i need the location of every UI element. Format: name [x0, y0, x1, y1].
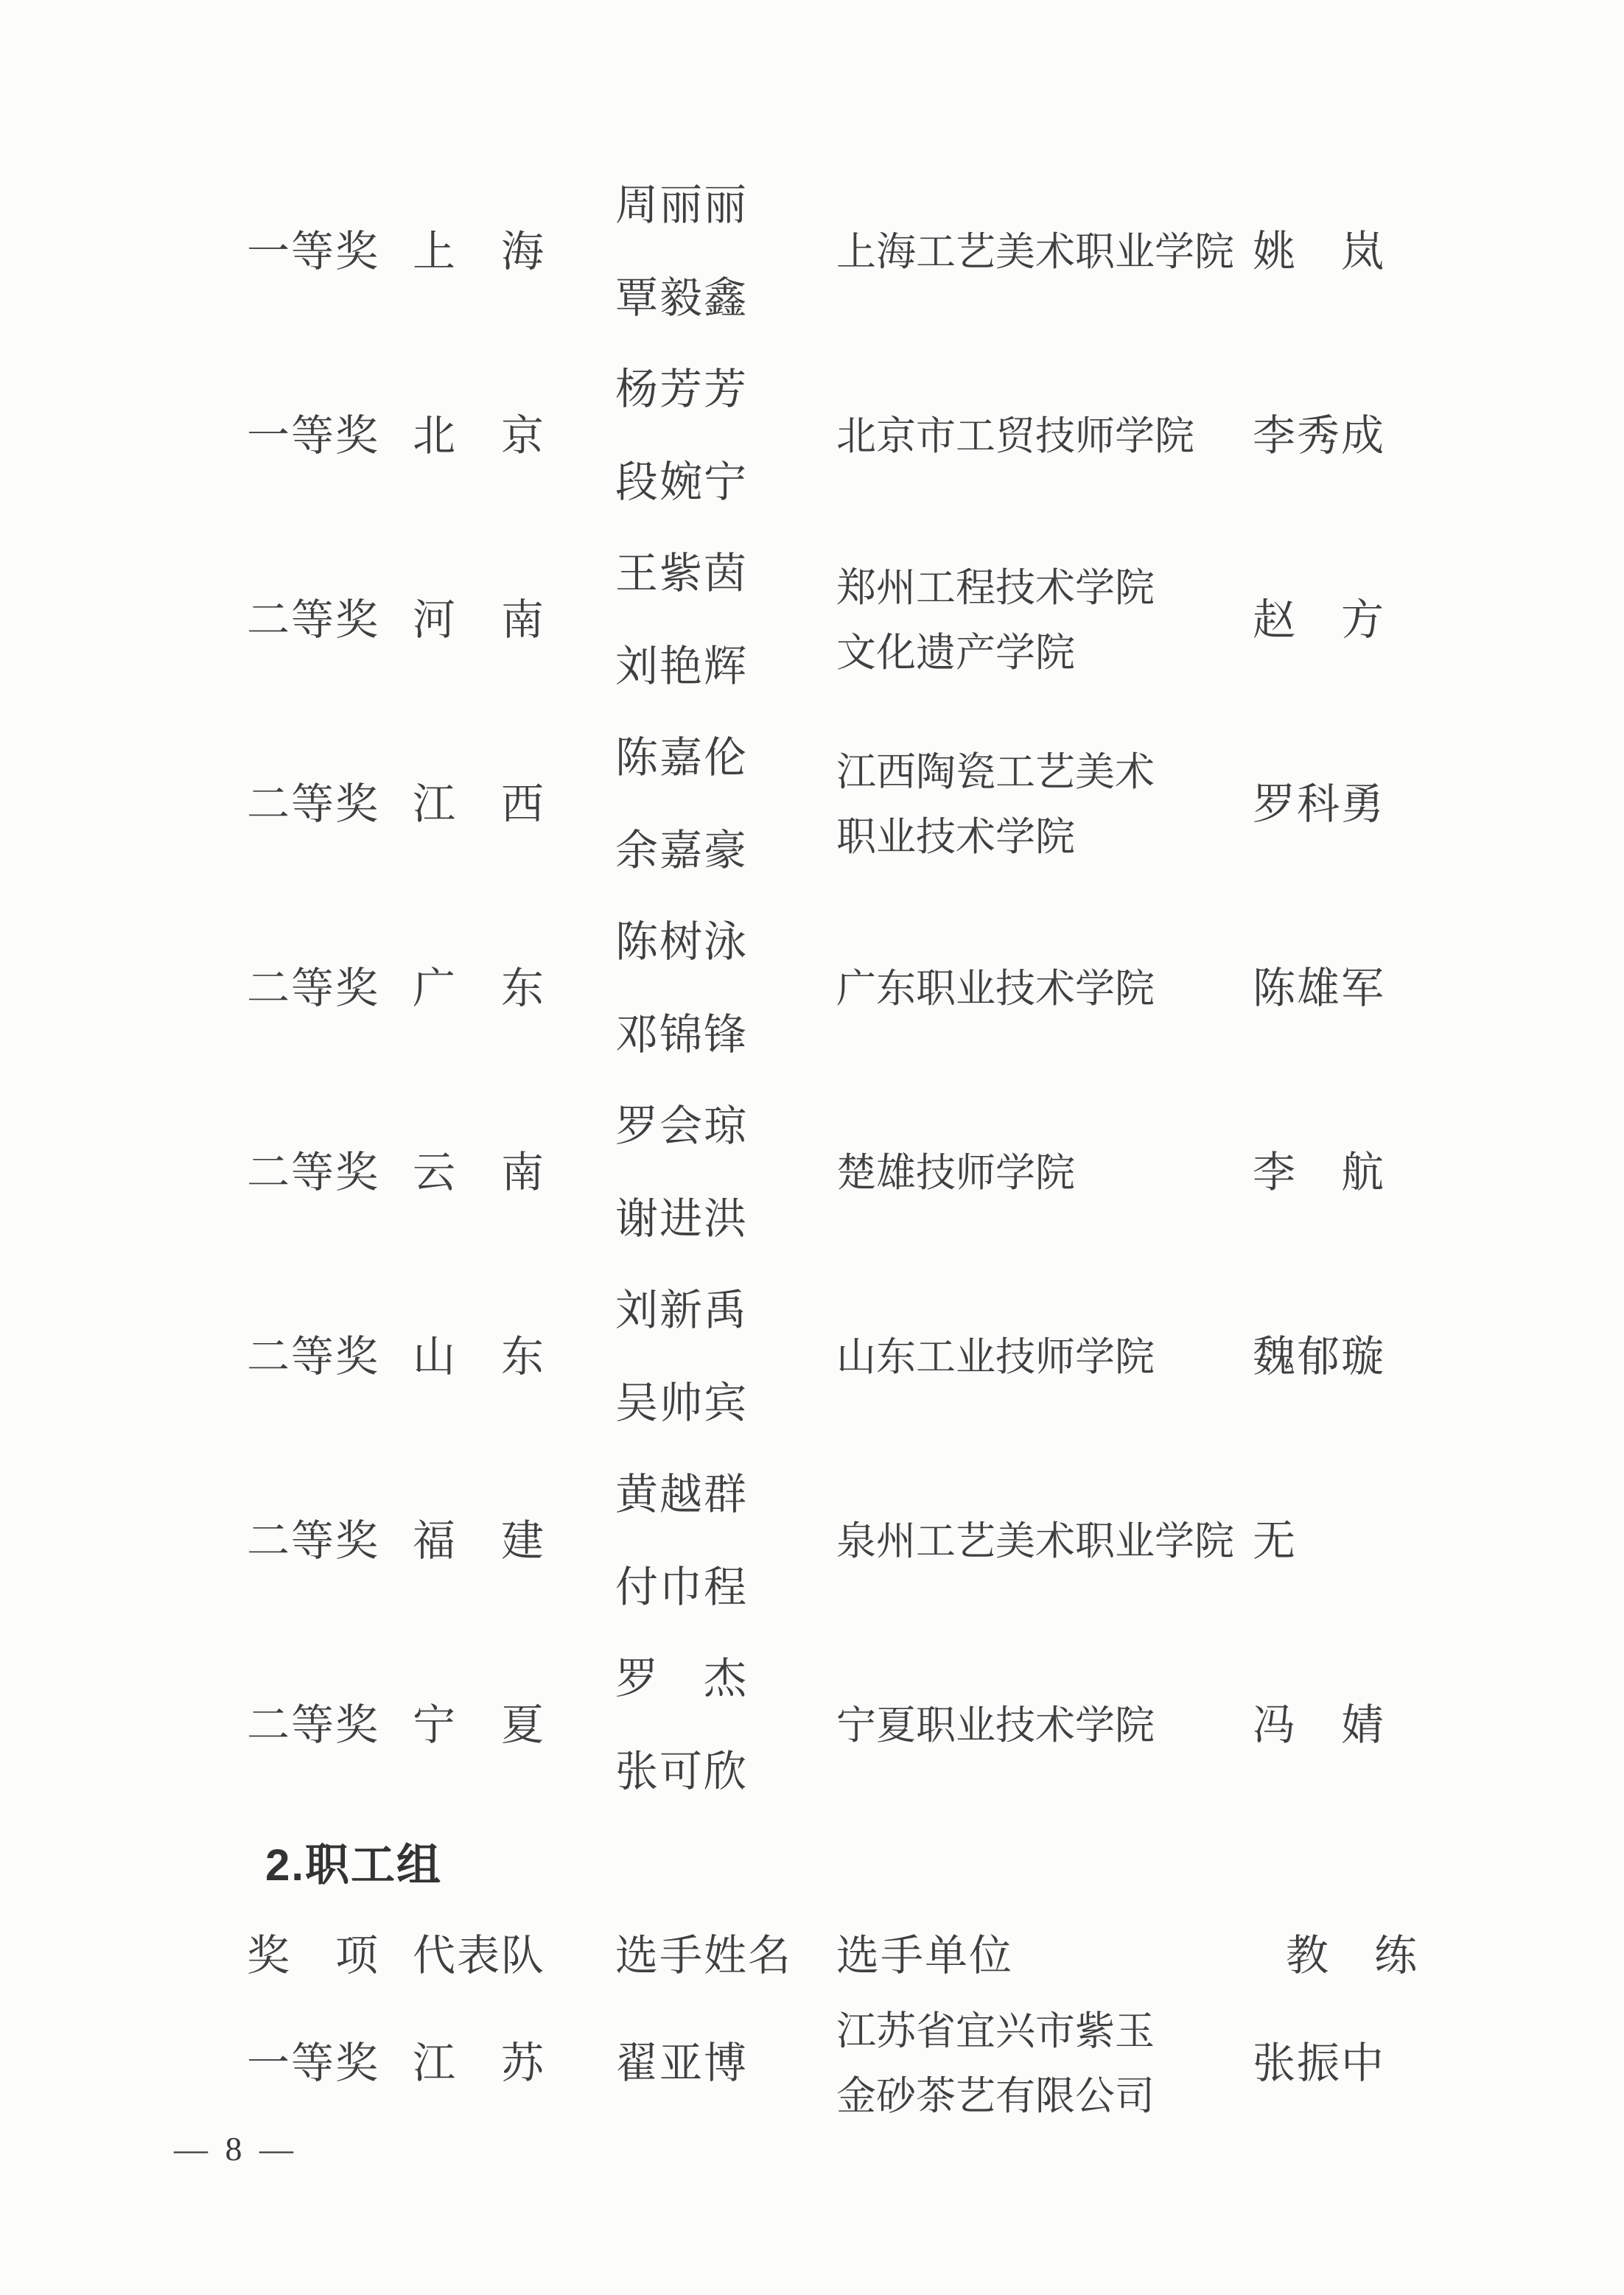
unit-line: 江苏省宜兴市紫玉 [836, 2011, 1253, 2051]
unit-line: 上海工艺美术职业学院 [836, 232, 1253, 272]
table-row: 二等奖 河 南 王紫茵 刘艳辉 郑州工程技术学院 文化遗产学院 赵 方 [247, 528, 1455, 712]
unit-line: 楚雄技师学院 [836, 1153, 1253, 1193]
unit-line: 山东工业技师学院 [836, 1337, 1253, 1377]
names-cell: 翟亚博 [615, 2042, 836, 2085]
award-cell: 二等奖 [247, 599, 413, 642]
unit-cell: 郑州工程技术学院 文化遗产学院 [836, 568, 1253, 673]
unit-line: 北京市工贸技师学院 [836, 416, 1253, 456]
unit-cell: 江苏省宜兴市紫玉 金砂茶艺有限公司 [836, 2011, 1253, 2116]
team-cell: 宁 夏 [413, 1704, 615, 1747]
names-cell: 王紫茵 刘艳辉 [615, 553, 836, 688]
table-row: 一等奖 上 海 周丽丽 覃毅鑫 上海工艺美术职业学院 姚 岚 [247, 160, 1455, 344]
unit-cell: 宁夏职业技术学院 [836, 1706, 1253, 1745]
names-cell: 陈嘉伦 余嘉豪 [615, 737, 836, 872]
names-cell: 杨芳芳 段婉宁 [615, 368, 836, 504]
contestant-name: 陈树泳 [615, 921, 836, 964]
team-cell: 广 东 [413, 967, 615, 1010]
team-cell: 江 苏 [413, 2042, 615, 2085]
table-row: 二等奖 宁 夏 罗 杰 张可欣 宁夏职业技术学院 冯 婧 [247, 1633, 1455, 1818]
team-cell: 河 南 [413, 599, 615, 642]
unit-line: 宁夏职业技术学院 [836, 1706, 1253, 1745]
table-row: 二等奖 广 东 陈树泳 邓锦锋 广东职业技术学院 陈雄军 [247, 897, 1455, 1081]
unit-line: 泉州工艺美术职业学院 [836, 1521, 1253, 1561]
unit-cell: 江西陶瓷工艺美术 职业技术学院 [836, 752, 1253, 857]
coach-cell: 姚 岚 [1253, 231, 1429, 273]
table-row: 一等奖 江 苏 翟亚博 江苏省宜兴市紫玉 金砂茶艺有限公司 张振中 [247, 1997, 1455, 2130]
award-cell: 一等奖 [247, 231, 413, 273]
team-cell: 江 西 [413, 783, 615, 826]
contestant-name: 黄越群 [615, 1474, 836, 1516]
table-row: 二等奖 山 东 刘新禹 吴帅宾 山东工业技师学院 魏郁璇 [247, 1265, 1455, 1449]
coach-cell: 陈雄军 [1253, 967, 1429, 1010]
names-cell: 罗 杰 张可欣 [615, 1658, 836, 1793]
table-row: 一等奖 北 京 杨芳芳 段婉宁 北京市工贸技师学院 李秀成 [247, 344, 1455, 528]
contestant-name: 付巾程 [615, 1566, 836, 1609]
contestant-name: 刘艳辉 [615, 645, 836, 688]
contestant-name: 张可欣 [615, 1751, 836, 1793]
table-row: 二等奖 福 建 黄越群 付巾程 泉州工艺美术职业学院 无 [247, 1449, 1455, 1633]
unit-line: 文化遗产学院 [836, 633, 1253, 673]
coach-cell: 赵 方 [1253, 599, 1429, 642]
section-title: 2.职工组 [265, 1823, 1455, 1900]
contestant-name: 覃毅鑫 [615, 277, 836, 320]
coach-cell: 李 航 [1253, 1152, 1429, 1194]
unit-cell: 楚雄技师学院 [836, 1153, 1253, 1193]
coach-cell: 魏郁璇 [1253, 1336, 1429, 1378]
unit-line: 职业技术学院 [836, 817, 1253, 857]
award-cell: 二等奖 [247, 1336, 413, 1378]
team-cell: 北 京 [413, 415, 615, 458]
table-row: 二等奖 云 南 罗会琼 谢进洪 楚雄技师学院 李 航 [247, 1081, 1455, 1265]
unit-line: 江西陶瓷工艺美术 [836, 752, 1253, 792]
contestant-name: 陈嘉伦 [615, 737, 836, 779]
coach-cell: 罗科勇 [1253, 783, 1429, 826]
unit-line: 广东职业技术学院 [836, 969, 1253, 1009]
contestant-name: 刘新禹 [615, 1289, 836, 1332]
unit-cell: 北京市工贸技师学院 [836, 416, 1253, 456]
coach-cell: 冯 婧 [1253, 1704, 1429, 1747]
unit-line: 金砂茶艺有限公司 [836, 2076, 1253, 2116]
column-header-names: 选手姓名 [615, 1935, 836, 1977]
table-header-row: 奖 项 代表队 选手姓名 选手单位 教 练 [247, 1915, 1455, 1997]
names-cell: 周丽丽 覃毅鑫 [615, 184, 836, 320]
document-page: 一等奖 上 海 周丽丽 覃毅鑫 上海工艺美术职业学院 姚 岚 一等奖 北 京 杨… [0, 0, 1624, 2295]
team-cell: 山 东 [413, 1336, 615, 1378]
contestant-name: 罗 杰 [615, 1658, 836, 1700]
award-cell: 一等奖 [247, 2042, 413, 2085]
coach-cell: 张振中 [1253, 2042, 1429, 2085]
contestant-name: 翟亚博 [615, 2042, 836, 2085]
contestant-name: 周丽丽 [615, 184, 836, 227]
contestant-name: 王紫茵 [615, 553, 836, 595]
unit-cell: 泉州工艺美术职业学院 [836, 1521, 1253, 1561]
award-cell: 二等奖 [247, 1520, 413, 1563]
contestant-name: 余嘉豪 [615, 830, 836, 872]
team-cell: 上 海 [413, 231, 615, 273]
coach-cell: 无 [1253, 1520, 1429, 1563]
unit-cell: 山东工业技师学院 [836, 1337, 1253, 1377]
coach-cell: 李秀成 [1253, 415, 1429, 458]
contestant-name: 杨芳芳 [615, 368, 836, 411]
contestant-name: 段婉宁 [615, 461, 836, 504]
unit-cell: 上海工艺美术职业学院 [836, 232, 1253, 272]
names-cell: 刘新禹 吴帅宾 [615, 1289, 836, 1425]
team-cell: 福 建 [413, 1520, 615, 1563]
unit-line: 郑州工程技术学院 [836, 568, 1253, 608]
names-cell: 黄越群 付巾程 [615, 1474, 836, 1609]
awards-list-content: 一等奖 上 海 周丽丽 覃毅鑫 上海工艺美术职业学院 姚 岚 一等奖 北 京 杨… [247, 160, 1455, 2130]
contestant-name: 罗会琼 [615, 1105, 836, 1148]
column-header-unit: 选手单位 [836, 1935, 1253, 1977]
team-cell: 云 南 [413, 1152, 615, 1194]
award-cell: 二等奖 [247, 967, 413, 1010]
column-header-coach: 教 练 [1253, 1935, 1429, 1977]
contestant-name: 谢进洪 [615, 1198, 836, 1241]
award-cell: 二等奖 [247, 1704, 413, 1747]
column-header-award: 奖 项 [247, 1935, 413, 1977]
award-cell: 二等奖 [247, 1152, 413, 1194]
names-cell: 陈树泳 邓锦锋 [615, 921, 836, 1057]
award-cell: 一等奖 [247, 415, 413, 458]
page-number: — 8 — [174, 2129, 298, 2168]
column-header-team: 代表队 [413, 1935, 615, 1977]
unit-cell: 广东职业技术学院 [836, 969, 1253, 1009]
contestant-name: 吴帅宾 [615, 1382, 836, 1425]
table-row: 二等奖 江 西 陈嘉伦 余嘉豪 江西陶瓷工艺美术 职业技术学院 罗科勇 [247, 712, 1455, 897]
award-cell: 二等奖 [247, 783, 413, 826]
names-cell: 罗会琼 谢进洪 [615, 1105, 836, 1241]
contestant-name: 邓锦锋 [615, 1014, 836, 1057]
